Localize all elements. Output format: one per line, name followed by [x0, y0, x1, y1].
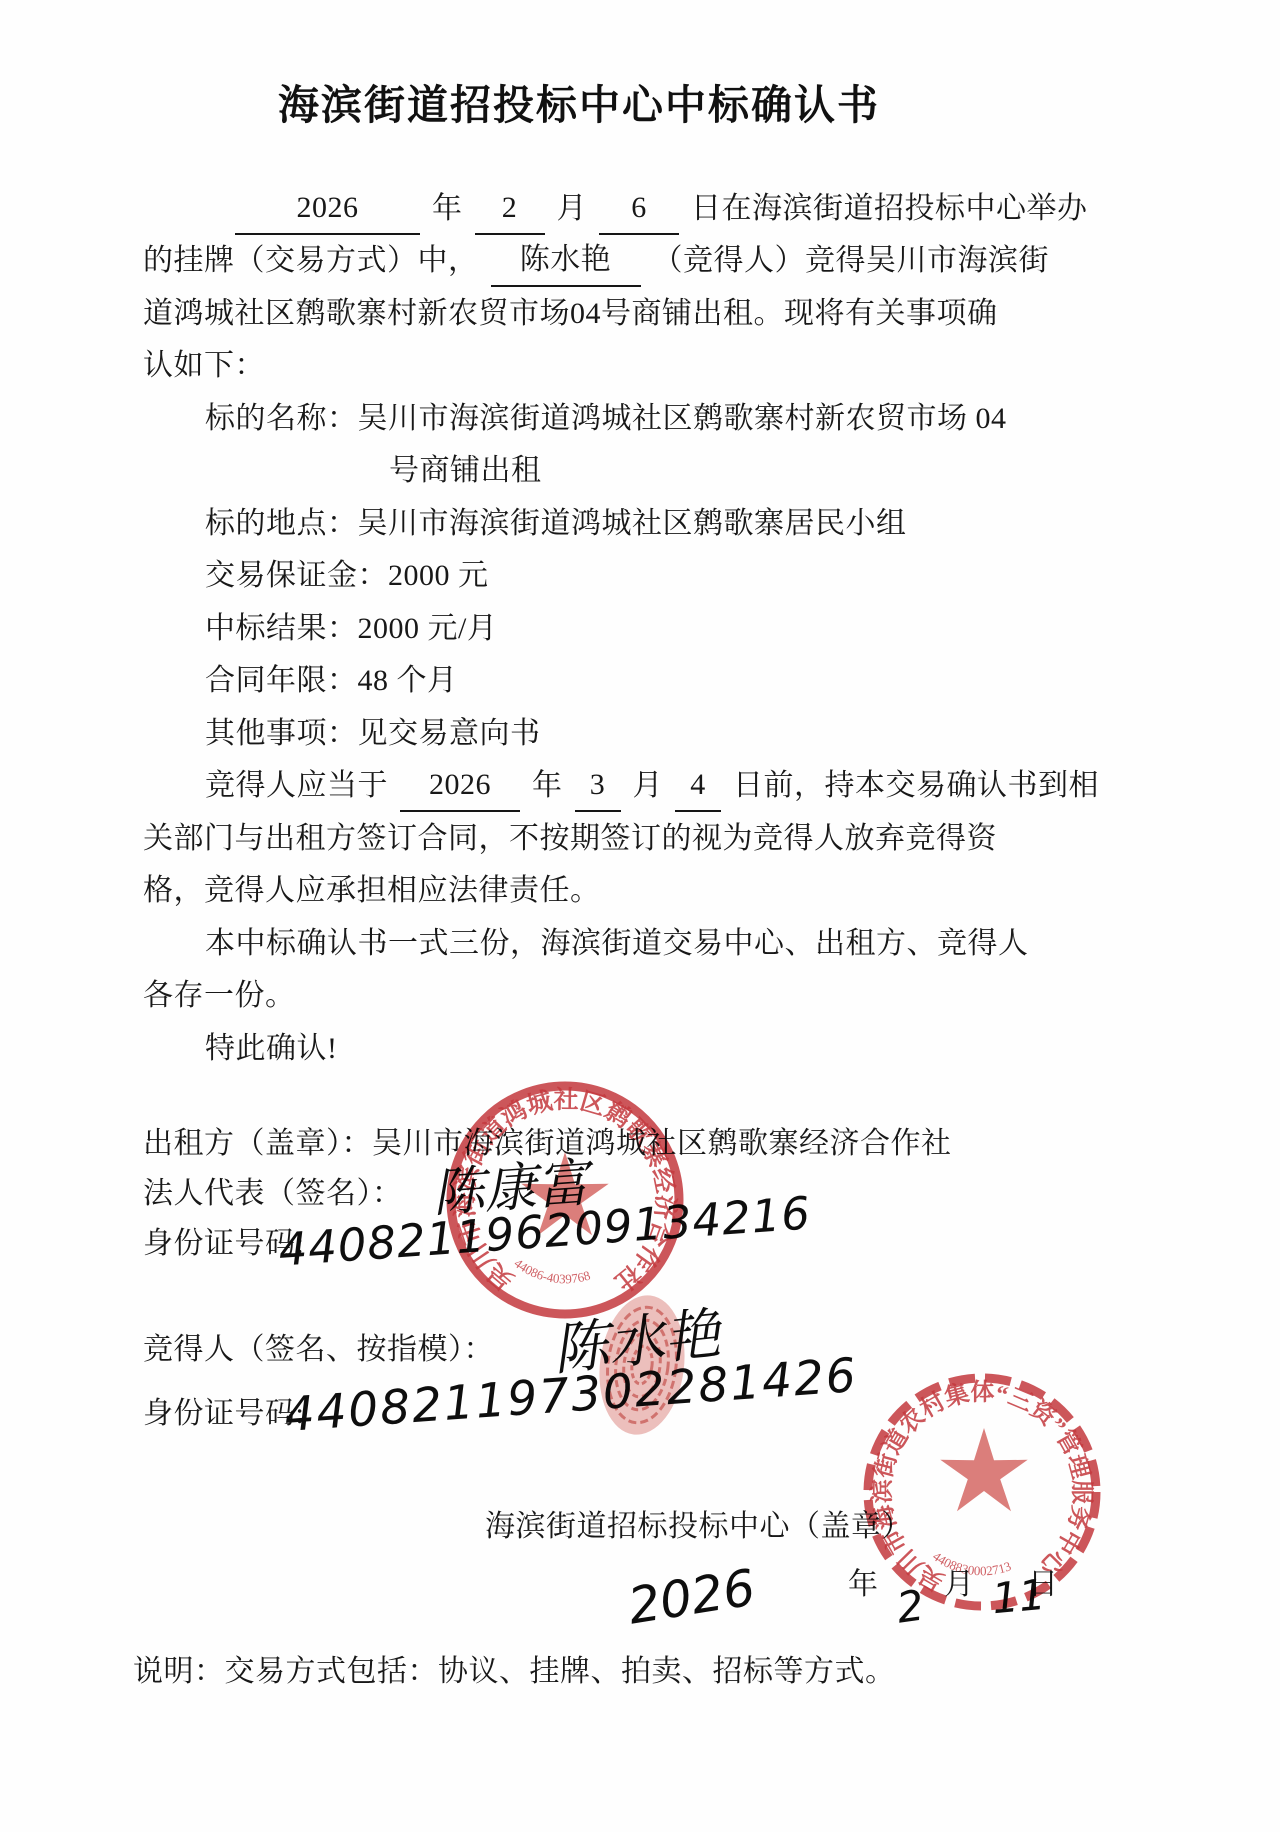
field-subject-name-wrap: 号商铺出租: [143, 444, 1280, 497]
blank-deadline-day: 4: [675, 760, 721, 812]
intro-line-1: 2026 年 2 月 6 日在海滨街道招投标中心举办: [143, 182, 1131, 235]
intro-line-4: 认如下：: [143, 339, 1043, 392]
line12-rest: 日前，持本交易确认书到相: [733, 769, 1099, 802]
lessor-round-seal: 吴川市海滨街道鸿城社区鹩歌寨经济合作社 44086-4039768: [437, 1072, 693, 1328]
document-title: 海滨街道招投标中心中标确认书: [143, 76, 1015, 134]
field-deposit: 交易保证金：2000 元: [143, 549, 1105, 602]
blank-year: 2026: [235, 183, 420, 235]
line2-rest: （竞得人）竞得吴川市海滨街: [653, 244, 1050, 277]
field-subject-name: 标的名称：吴川市海滨街道鸿城社区鹩歌寨村新农贸市场 04: [143, 392, 1105, 445]
field-contract-term: 合同年限：48 个月: [143, 654, 1105, 707]
blank-day: 6: [599, 183, 679, 235]
blank-deadline-year: 2026: [400, 760, 520, 812]
year-label: 年: [432, 192, 463, 225]
blank-winner-name: 陈水艳: [491, 235, 641, 287]
line2-pre: 的挂牌（交易方式）中，: [143, 244, 479, 277]
line12-pre: 竞得人应当于: [205, 769, 388, 802]
field-bid-result: 中标结果：2000 元/月: [143, 602, 1105, 655]
line1-rest: 日在海滨街道招投标中心举办: [691, 192, 1088, 225]
blank-month: 2: [475, 183, 545, 235]
month-label: 月: [557, 192, 588, 225]
intro-line-2: 的挂牌（交易方式）中， 陈水艳 （竞得人）竞得吴川市海滨街: [143, 234, 1043, 287]
seal-star-icon: [940, 1428, 1027, 1511]
field-subject-location: 标的地点：吴川市海滨街道鸿城社区鹩歌寨居民小组: [143, 497, 1105, 550]
date-year-handwritten: 2026: [624, 1558, 759, 1635]
copies-line-1: 本中标确认书一式三份，海滨街道交易中心、出租方、竞得人: [143, 917, 1105, 970]
confirm-line: 特此确认!: [143, 1022, 1105, 1075]
seal-star-icon: [521, 1152, 608, 1235]
intro-line-3: 道鸿城社区鹩歌寨村新农贸市场04号商铺出租。现将有关事项确: [143, 287, 1043, 340]
blank-deadline-month: 3: [575, 760, 621, 812]
fingerprint-mark: [585, 1285, 699, 1446]
copies-line-2: 各存一份。: [143, 969, 1043, 1022]
field-other-items: 其他事项：见交易意向书: [143, 707, 1105, 760]
center-round-seal: 吴川市海滨街道农村集体“三资”管理服务中心 4408830002713: [854, 1364, 1110, 1620]
svg-text:44086-4039768: 44086-4039768: [511, 1255, 591, 1286]
document-page: 海滨街道招投标中心中标确认书 2026 年 2 月 6 日在海滨街道招投标中心举…: [0, 0, 1280, 1832]
deadline-month-label: 月: [633, 769, 664, 802]
seal-code-text: 44086-4039768: [511, 1255, 591, 1286]
deadline-year-label: 年: [532, 769, 563, 802]
deadline-line-2: 关部门与出租方签订合同，不按期签订的视为竞得人放弃竞得资: [143, 812, 1043, 865]
deadline-line-3: 格，竞得人应承担相应法律责任。: [143, 864, 1043, 917]
deadline-line-1: 竞得人应当于 2026 年 3 月 4 日前，持本交易确认书到相: [143, 759, 1105, 812]
note-line: 说明：交易方式包括：协议、挂牌、拍卖、招标等方式。: [133, 1645, 1033, 1698]
